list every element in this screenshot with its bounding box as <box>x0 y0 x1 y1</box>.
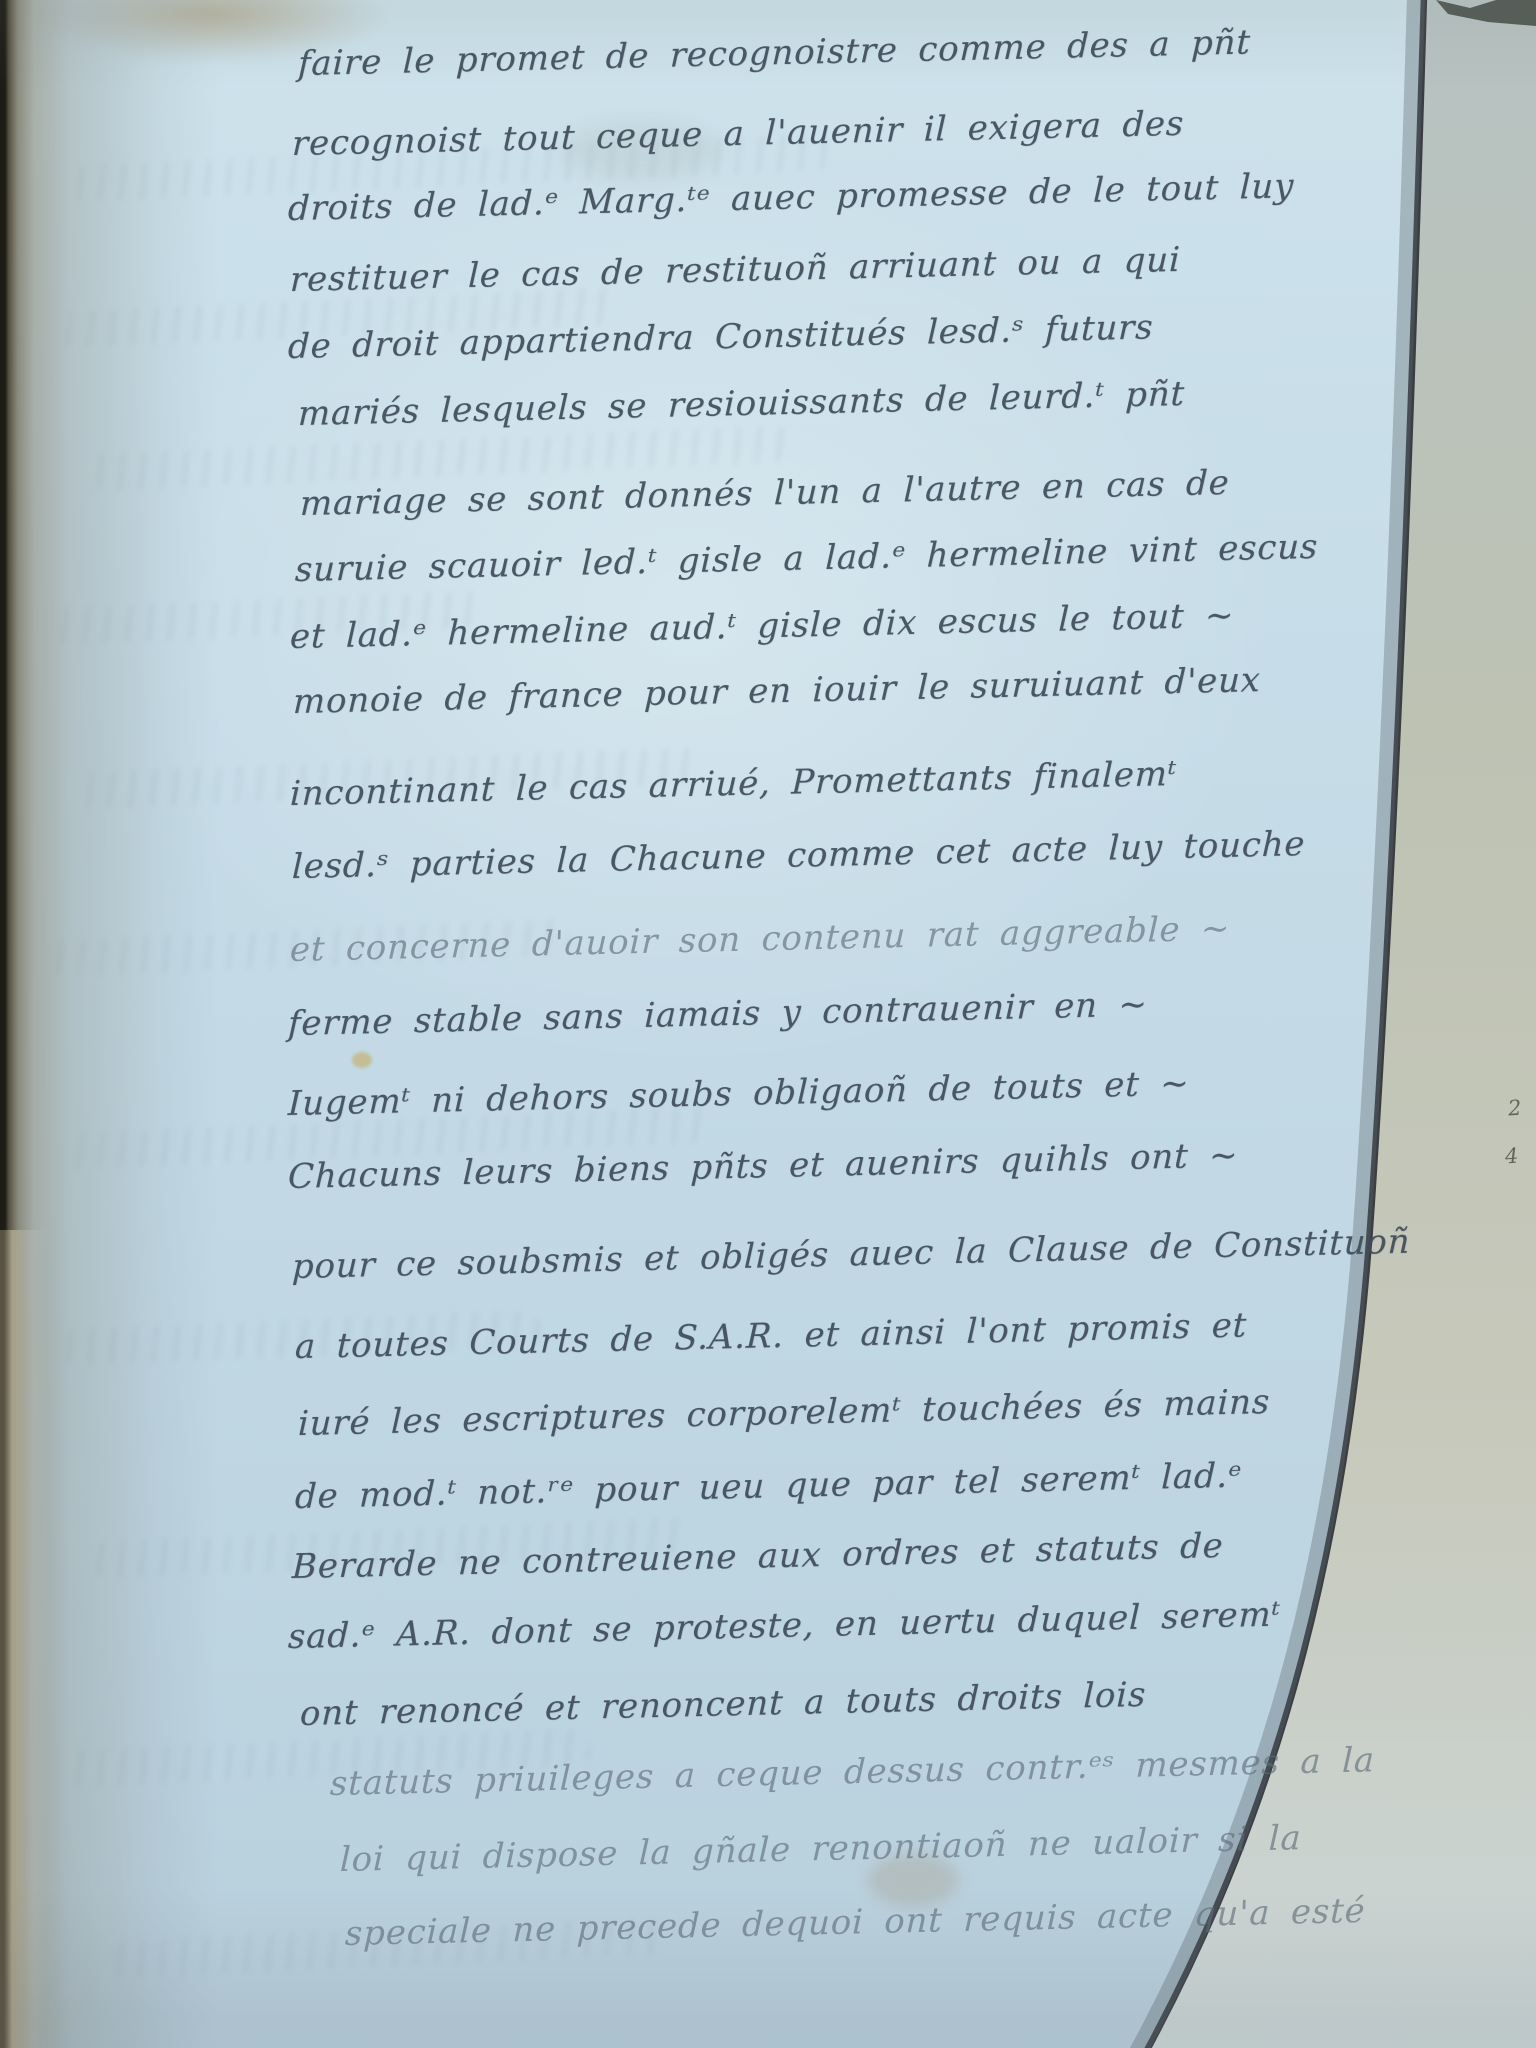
manuscript-page: faire le promet de recognoistre comme de… <box>0 0 1536 2048</box>
book-binding-lower <box>0 1230 48 2048</box>
edge-numeral: 4 <box>1504 1144 1519 1169</box>
edge-numeral: 2 <box>1507 1096 1522 1121</box>
